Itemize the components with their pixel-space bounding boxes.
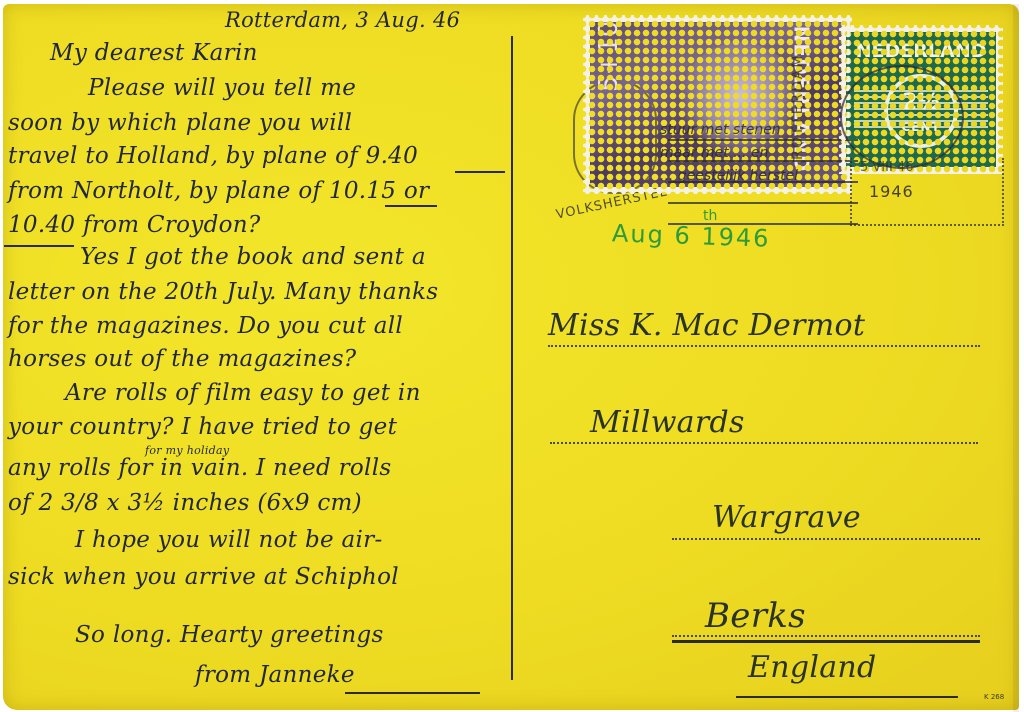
message-line: Yes I got the book and sent a [80,244,426,270]
address-line-country: England [748,650,877,685]
message-line: travel to Holland, by plane of 9.40 [8,143,418,169]
address-line-house: Millwards [590,405,745,440]
postmark-slogan-line: stuur met stenen [660,122,781,138]
message-line: Please will you tell me [88,75,356,101]
message-line: letter on the 20th July. Many thanks [8,279,438,305]
message-line: horses out of the magazines? [8,346,356,372]
place-date: Rotterdam, 3 Aug. 46 [225,8,460,32]
center-divider-line [511,36,513,680]
message-line: for the magazines. Do you cut all [8,313,403,339]
message-line: of 2 3/8 x 3½ inches (6x9 cm) [8,490,362,516]
received-date-note: Aug 6 1946 [612,219,771,253]
print-code: K 268 [984,693,1004,701]
time-underline-940 [455,171,505,173]
signature: from Janneke [195,662,355,688]
address-dotted-line [672,635,980,637]
address-country-underline [736,696,958,698]
stamp-value: 5+10 [594,22,624,92]
address-line-name: Miss K. Mac Dermot [548,308,865,343]
postmark-city: ROTTERDAM [790,54,806,160]
address-dotted-line [672,538,980,540]
salutation: My dearest Karin [50,40,258,66]
postmark-slogan-line: ... geestelijk herstel [660,168,798,184]
postmark-slogan-line: maar met ... en [660,145,768,161]
signature-underline [345,692,480,694]
message-line: your country? I have tried to get [8,414,397,440]
message-line: Are rolls of film easy to get in [65,380,421,406]
postmark-year: 1946 [869,182,914,201]
address-dotted-line [548,345,980,347]
address-dotted-line [550,442,978,444]
time-underline-1015 [385,205,437,207]
card-edge-shadow [1013,4,1019,712]
address-line-county: Berks [705,596,806,636]
message-line: So long. Hearty greetings [75,622,384,648]
message-line: 10.40 from Croydon? [8,212,260,238]
address-line-town: Wargrave [712,500,861,535]
message-line: soon by which plane you will [8,110,352,136]
message-line: from Northolt, by plane of 10.15 or [8,178,429,204]
message-line: sick when you arrive at Schiphol [8,564,399,590]
time-underline-1040 [4,245,74,247]
address-county-underline [672,640,980,643]
stamp-country: NEDERLAND [846,40,996,62]
message-line: any rolls for in vain. I need rolls [8,455,391,481]
postmark-round-cancel [840,65,964,169]
message-line: I hope you will not be air- [75,527,383,553]
